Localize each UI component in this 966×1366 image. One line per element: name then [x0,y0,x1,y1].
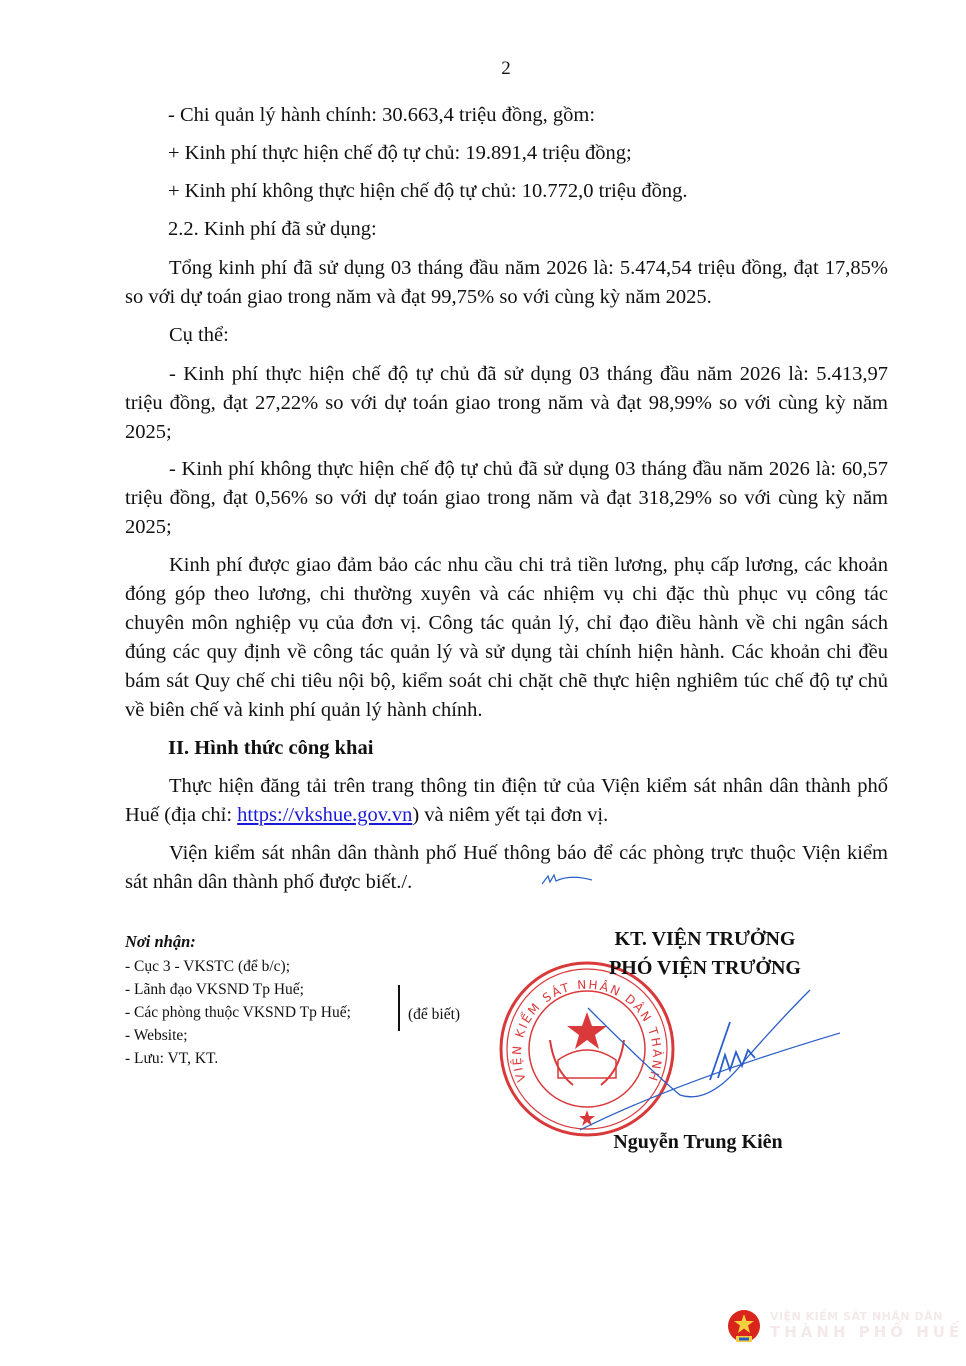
bracket-note: (để biết) [408,1006,460,1024]
national-emblem-icon [726,1308,762,1348]
recipient-item: - Lưu: VT, KT. [125,1047,351,1070]
recipient-item: - Website; [125,1024,351,1047]
footer-line1: VIỆN KIỂM SÁT NHÂN DÂN [770,1310,963,1323]
section-2-heading: II. Hình thức công khai [168,734,373,763]
footer-watermark: VIỆN KIỂM SÁT NHÂN DÂN THÀNH PHỐ HUẾ [770,1310,963,1341]
specifics-label: Cụ thể: [125,321,888,350]
funding-usage-paragraph: Kinh phí được giao đảm bảo các nhu cầu c… [125,551,888,725]
initial-signature-icon [540,870,596,890]
notification-paragraph: Viện kiểm sát nhân dân thành phố Huế thô… [125,839,888,897]
footer-line2: THÀNH PHỐ HUẾ [770,1323,963,1341]
publication-text-after: ) và niêm yết tại đơn vị. [412,804,608,826]
non-autonomy-funding-line: + Kinh phí không thực hiện chế độ tự chủ… [168,177,687,206]
total-spent-paragraph: Tổng kinh phí đã sử dụng 03 tháng đầu nă… [125,254,888,312]
signer-title-line2: PHÓ VIỆN TRƯỞNG [560,954,850,983]
recipients-bracket [398,985,400,1031]
recipients-block: Nơi nhận: - Cục 3 - VKSTC (để b/c); - Lã… [125,930,351,1070]
autonomy-funding-line: + Kinh phí thực hiện chế độ tự chủ: 19.8… [168,139,632,168]
publication-paragraph: Thực hiện đăng tải trên trang thông tin … [125,772,888,830]
recipient-item: - Cục 3 - VKSTC (để b/c); [125,955,351,978]
page-number: 2 [0,58,966,80]
non-autonomy-spent-paragraph: - Kinh phí không thực hiện chế độ tự chủ… [125,455,888,542]
recipient-item: - Các phòng thuộc VKSND Tp Huế; [125,1001,351,1024]
admin-expense-line: - Chi quản lý hành chính: 30.663,4 triệu… [168,101,595,130]
signer-name: Nguyễn Trung Kiên [560,1131,836,1154]
recipient-item: - Lãnh đạo VKSND Tp Huế; [125,978,351,1001]
signer-title-line1: KT. VIỆN TRƯỞNG [560,925,850,954]
website-link[interactable]: https://vkshue.gov.vn [237,804,412,826]
autonomy-spent-paragraph: - Kinh phí thực hiện chế độ tự chủ đã sử… [125,360,888,447]
recipients-title: Nơi nhận: [125,930,351,953]
subsection-heading-2-2: 2.2. Kinh phí đã sử dụng: [168,215,377,244]
handwritten-signature-icon [560,960,840,1140]
